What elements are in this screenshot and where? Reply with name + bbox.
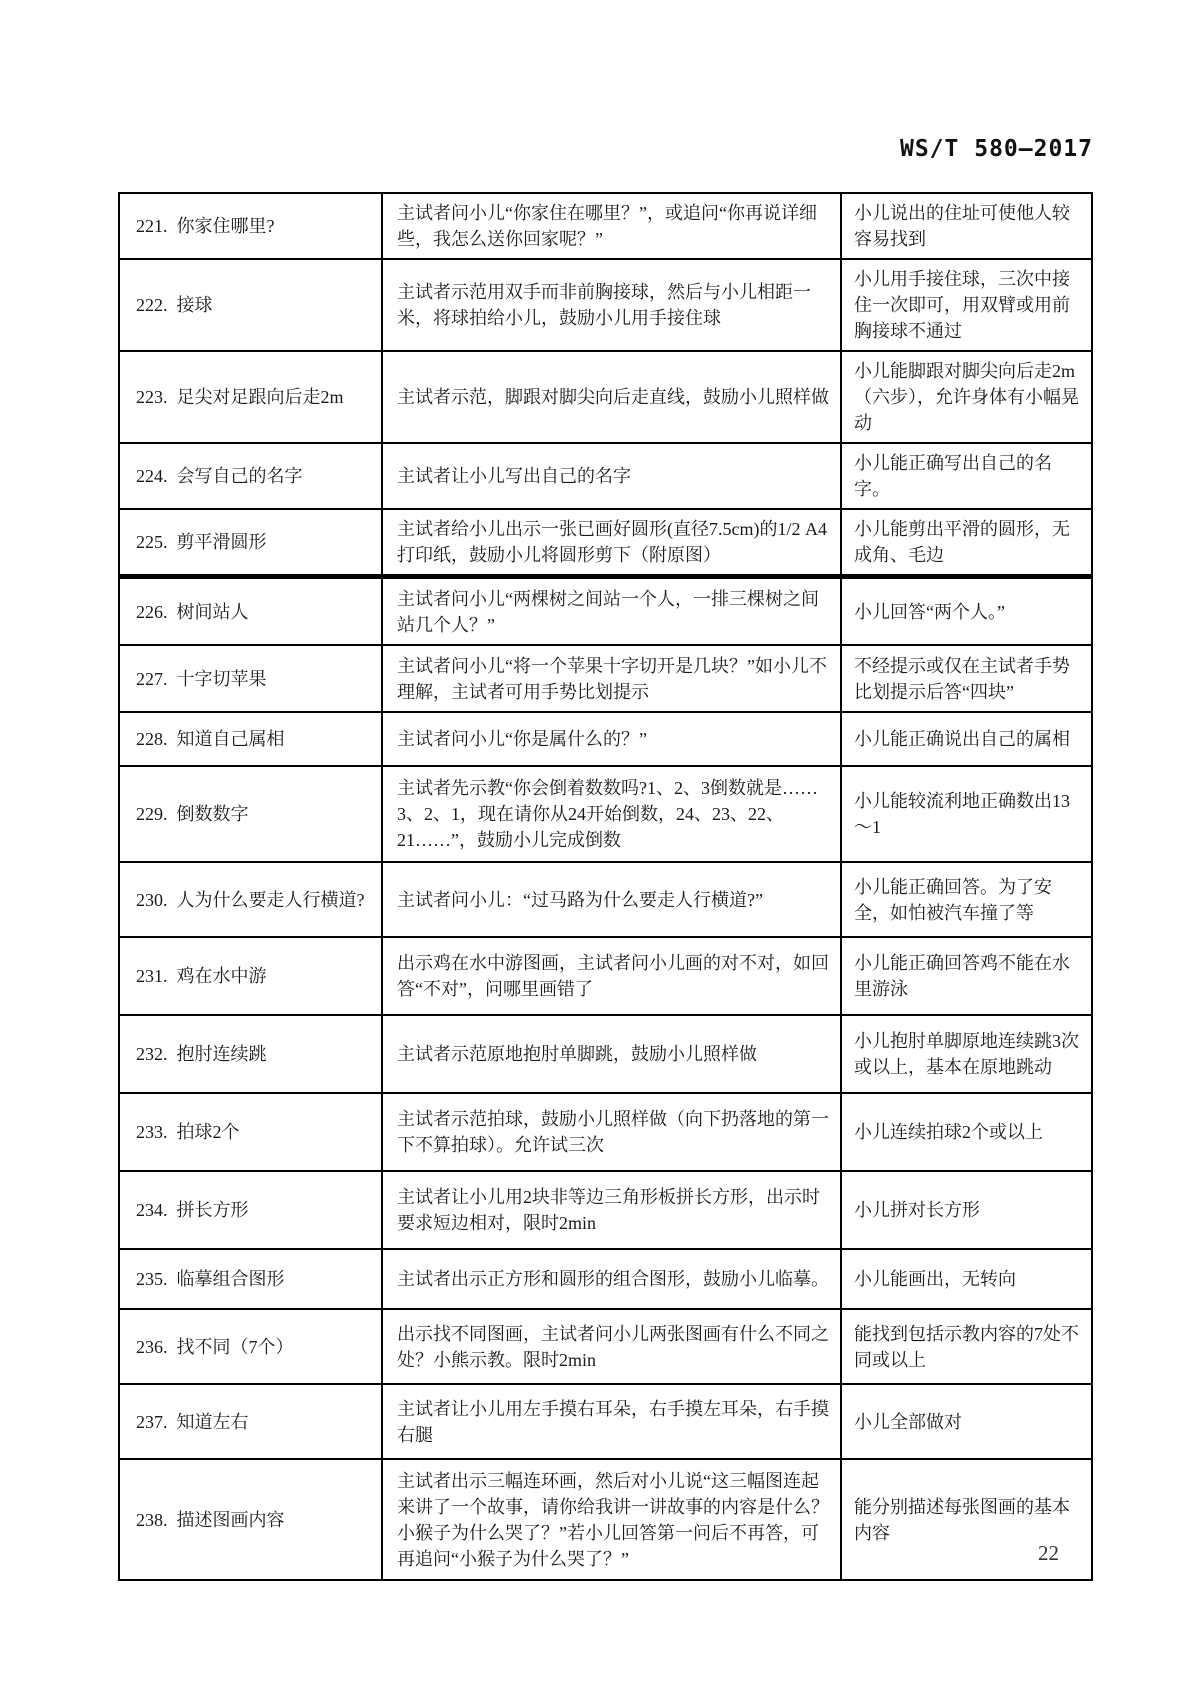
item-number: 236. bbox=[136, 1337, 168, 1357]
item-number: 223. bbox=[136, 387, 168, 407]
item-name-cell: 227.十字切苹果 bbox=[120, 646, 383, 711]
procedure-text: 主试者问小儿“将一个苹果十字切开是几块？”如小儿不理解，主试者可用手势比划提示 bbox=[397, 653, 830, 705]
item-name-cell: 221.你家住哪里? bbox=[120, 194, 383, 258]
procedure-cell: 主试者先示教“你会倒着数数吗?1、2、3倒数就是……3、2、1，现在请你从24开… bbox=[383, 767, 842, 861]
procedure-cell: 主试者问小儿“你家住在哪里？”，或追问“你再说详细些，我怎么送你回家呢？” bbox=[383, 194, 842, 258]
criteria-cell: 小儿用手接住球，三次中接住一次即可，用双臂或用前胸接球不通过 bbox=[842, 260, 1091, 350]
item-name: 找不同（7个） bbox=[177, 1337, 294, 1357]
item-name-cell: 238.描述图画内容 bbox=[120, 1460, 383, 1579]
table-row: 230.人为什么要走人行横道? 主试者问小儿：“过马路为什么要走人行横道?” 小… bbox=[120, 863, 1091, 938]
item-name-cell: 237.知道左右 bbox=[120, 1385, 383, 1458]
criteria-cell: 小儿连续拍球2个或以上 bbox=[842, 1094, 1091, 1170]
criteria-text: 能找到包括示教内容的7处不同或以上 bbox=[854, 1321, 1083, 1373]
criteria-cell: 小儿能正确回答。为了安全，如怕被汽车撞了等 bbox=[842, 863, 1091, 936]
table-row: 233.拍球2个 主试者示范拍球，鼓励小儿照样做（向下扔落地的第一下不算拍球）。… bbox=[120, 1094, 1091, 1172]
item-number: 222. bbox=[136, 295, 168, 315]
procedure-text: 主试者让小儿用左手摸右耳朵，右手摸左耳朵，右手摸右腿 bbox=[397, 1396, 830, 1448]
item-name: 会写自己的名字 bbox=[177, 466, 303, 486]
item-name-cell: 226.树间站人 bbox=[120, 579, 383, 644]
item-number: 233. bbox=[136, 1122, 168, 1142]
item-name-cell: 224.会写自己的名字 bbox=[120, 444, 383, 508]
procedure-text: 主试者示范拍球，鼓励小儿照样做（向下扔落地的第一下不算拍球）。允许试三次 bbox=[397, 1106, 830, 1158]
procedure-text: 主试者问小儿：“过马路为什么要走人行横道?” bbox=[397, 887, 763, 913]
criteria-text: 小儿能较流利地正确数出13～1 bbox=[854, 788, 1083, 840]
criteria-cell: 小儿能较流利地正确数出13～1 bbox=[842, 767, 1091, 861]
criteria-text: 小儿能脚跟对脚尖向后走2m（六步），允许身体有小幅晃动 bbox=[854, 358, 1083, 436]
criteria-text: 小儿说出的住址可使他人较容易找到 bbox=[854, 200, 1083, 252]
item-name: 树间站人 bbox=[177, 602, 249, 622]
item-name: 描述图画内容 bbox=[177, 1510, 285, 1530]
table-row: 228.知道自己属相 主试者问小儿“你是属什么的？” 小儿能正确说出自己的属相 bbox=[120, 713, 1091, 767]
procedure-cell: 主试者让小儿写出自己的名字 bbox=[383, 444, 842, 508]
criteria-text: 小儿连续拍球2个或以上 bbox=[854, 1119, 1043, 1145]
table-row: 231.鸡在水中游 出示鸡在水中游图画，主试者问小儿画的对不对，如回答“不对”，… bbox=[120, 938, 1091, 1016]
table-row: 232.抱肘连续跳 主试者示范原地抱肘单脚跳，鼓励小儿照样做 小儿抱肘单脚原地连… bbox=[120, 1016, 1091, 1094]
table-row: 237.知道左右 主试者让小儿用左手摸右耳朵，右手摸左耳朵，右手摸右腿 小儿全部… bbox=[120, 1385, 1091, 1460]
table-row: 234.拼长方形 主试者让小儿用2块非等边三角形板拼长方形，出示时要求短边相对，… bbox=[120, 1172, 1091, 1250]
procedure-text: 主试者示范原地抱肘单脚跳，鼓励小儿照样做 bbox=[397, 1041, 757, 1067]
procedure-text: 主试者给小儿出示一张已画好圆形(直径7.5cm)的1/2 A4打印纸，鼓励小儿将… bbox=[397, 516, 830, 568]
item-name: 鸡在水中游 bbox=[177, 966, 267, 986]
item-name: 知道自己属相 bbox=[177, 729, 285, 749]
procedure-cell: 主试者让小儿用左手摸右耳朵，右手摸左耳朵，右手摸右腿 bbox=[383, 1385, 842, 1458]
criteria-cell: 小儿能画出，无转向 bbox=[842, 1250, 1091, 1308]
procedure-cell: 主试者示范原地抱肘单脚跳，鼓励小儿照样做 bbox=[383, 1016, 842, 1092]
procedure-text: 主试者先示教“你会倒着数数吗?1、2、3倒数就是……3、2、1，现在请你从24开… bbox=[397, 775, 830, 853]
item-name-cell: 229.倒数数字 bbox=[120, 767, 383, 861]
item-number: 229. bbox=[136, 804, 168, 824]
criteria-cell: 小儿拼对长方形 bbox=[842, 1172, 1091, 1248]
criteria-cell: 小儿能正确回答鸡不能在水里游泳 bbox=[842, 938, 1091, 1014]
item-name: 临摹组合图形 bbox=[177, 1269, 285, 1289]
item-name-cell: 228.知道自己属相 bbox=[120, 713, 383, 765]
item-name-cell: 233.拍球2个 bbox=[120, 1094, 383, 1170]
item-number: 227. bbox=[136, 669, 168, 689]
criteria-text: 不经提示或仅在主试者手势比划提示后答“四块” bbox=[854, 653, 1083, 705]
assessment-table: 221.你家住哪里? 主试者问小儿“你家住在哪里？”，或追问“你再说详细些，我怎… bbox=[118, 192, 1093, 1581]
criteria-text: 小儿用手接住球，三次中接住一次即可，用双臂或用前胸接球不通过 bbox=[854, 266, 1083, 344]
item-name: 人为什么要走人行横道? bbox=[177, 890, 365, 910]
criteria-text: 小儿拼对长方形 bbox=[854, 1197, 980, 1223]
item-number: 231. bbox=[136, 966, 168, 986]
item-number: 234. bbox=[136, 1200, 168, 1220]
criteria-cell: 能找到包括示教内容的7处不同或以上 bbox=[842, 1310, 1091, 1383]
criteria-text: 小儿能正确回答。为了安全，如怕被汽车撞了等 bbox=[854, 874, 1083, 926]
procedure-cell: 主试者给小儿出示一张已画好圆形(直径7.5cm)的1/2 A4打印纸，鼓励小儿将… bbox=[383, 510, 842, 574]
criteria-cell: 小儿回答“两个人。” bbox=[842, 579, 1091, 644]
procedure-text: 主试者问小儿“你家住在哪里？”，或追问“你再说详细些，我怎么送你回家呢？” bbox=[397, 200, 830, 252]
criteria-cell: 小儿能正确写出自己的名字。 bbox=[842, 444, 1091, 508]
procedure-cell: 主试者示范拍球，鼓励小儿照样做（向下扔落地的第一下不算拍球）。允许试三次 bbox=[383, 1094, 842, 1170]
item-name: 抱肘连续跳 bbox=[177, 1044, 267, 1064]
procedure-cell: 主试者出示三幅连环画，然后对小儿说“这三幅图连起来讲了一个故事，请你给我讲一讲故… bbox=[383, 1460, 842, 1579]
criteria-cell: 小儿能脚跟对脚尖向后走2m（六步），允许身体有小幅晃动 bbox=[842, 352, 1091, 442]
procedure-text: 主试者出示正方形和圆形的组合图形，鼓励小儿临摹。 bbox=[397, 1266, 829, 1292]
table-row: 236.找不同（7个） 出示找不同图画，主试者问小儿两张图画有什么不同之处？小熊… bbox=[120, 1310, 1091, 1385]
item-name-cell: 235.临摹组合图形 bbox=[120, 1250, 383, 1308]
procedure-cell: 主试者问小儿“你是属什么的？” bbox=[383, 713, 842, 765]
item-number: 225. bbox=[136, 532, 168, 552]
item-number: 235. bbox=[136, 1269, 168, 1289]
procedure-text: 主试者示范用双手而非前胸接球，然后与小儿相距一米，将球拍给小儿，鼓励小儿用手接住… bbox=[397, 279, 830, 331]
table-row: 221.你家住哪里? 主试者问小儿“你家住在哪里？”，或追问“你再说详细些，我怎… bbox=[120, 194, 1091, 260]
item-number: 230. bbox=[136, 890, 168, 910]
criteria-cell: 不经提示或仅在主试者手势比划提示后答“四块” bbox=[842, 646, 1091, 711]
procedure-cell: 主试者示范，脚跟对脚尖向后走直线，鼓励小儿照样做 bbox=[383, 352, 842, 442]
item-name: 倒数数字 bbox=[177, 804, 249, 824]
criteria-text: 小儿回答“两个人。” bbox=[854, 599, 1005, 625]
item-number: 238. bbox=[136, 1510, 168, 1530]
criteria-cell: 小儿能正确说出自己的属相 bbox=[842, 713, 1091, 765]
procedure-text: 主试者出示三幅连环画，然后对小儿说“这三幅图连起来讲了一个故事，请你给我讲一讲故… bbox=[397, 1468, 830, 1572]
item-name: 足尖对足跟向后走2m bbox=[177, 387, 344, 407]
item-number: 221. bbox=[136, 216, 168, 236]
procedure-cell: 主试者示范用双手而非前胸接球，然后与小儿相距一米，将球拍给小儿，鼓励小儿用手接住… bbox=[383, 260, 842, 350]
procedure-cell: 主试者问小儿“两棵树之间站一个人，一排三棵树之间站几个人？” bbox=[383, 579, 842, 644]
criteria-text: 小儿能正确写出自己的名字。 bbox=[854, 450, 1083, 502]
item-number: 232. bbox=[136, 1044, 168, 1064]
table-row: 226.树间站人 主试者问小儿“两棵树之间站一个人，一排三棵树之间站几个人？” … bbox=[120, 579, 1091, 646]
item-name-cell: 230.人为什么要走人行横道? bbox=[120, 863, 383, 936]
procedure-cell: 主试者问小儿“将一个苹果十字切开是几块？”如小儿不理解，主试者可用手势比划提示 bbox=[383, 646, 842, 711]
procedure-cell: 主试者问小儿：“过马路为什么要走人行横道?” bbox=[383, 863, 842, 936]
procedure-cell: 出示找不同图画，主试者问小儿两张图画有什么不同之处？小熊示教。限时2min bbox=[383, 1310, 842, 1383]
procedure-text: 主试者问小儿“你是属什么的？” bbox=[397, 726, 647, 752]
table-row: 223.足尖对足跟向后走2m 主试者示范，脚跟对脚尖向后走直线，鼓励小儿照样做 … bbox=[120, 352, 1091, 444]
page-number: 22 bbox=[1038, 1541, 1059, 1566]
criteria-text: 小儿能画出，无转向 bbox=[854, 1266, 1016, 1292]
table-row: 227.十字切苹果 主试者问小儿“将一个苹果十字切开是几块？”如小儿不理解，主试… bbox=[120, 646, 1091, 713]
item-name-cell: 225.剪平滑圆形 bbox=[120, 510, 383, 574]
item-name: 拍球2个 bbox=[177, 1122, 240, 1142]
procedure-text: 主试者让小儿写出自己的名字 bbox=[397, 463, 631, 489]
item-name: 接球 bbox=[177, 295, 213, 315]
criteria-cell: 小儿抱肘单脚原地连续跳3次或以上，基本在原地跳动 bbox=[842, 1016, 1091, 1092]
item-number: 237. bbox=[136, 1412, 168, 1432]
item-name: 拼长方形 bbox=[177, 1200, 249, 1220]
table-row: 235.临摹组合图形 主试者出示正方形和圆形的组合图形，鼓励小儿临摹。 小儿能画… bbox=[120, 1250, 1091, 1310]
item-name-cell: 236.找不同（7个） bbox=[120, 1310, 383, 1383]
item-name-cell: 222.接球 bbox=[120, 260, 383, 350]
procedure-cell: 出示鸡在水中游图画，主试者问小儿画的对不对，如回答“不对”，问哪里画错了 bbox=[383, 938, 842, 1014]
criteria-text: 小儿能正确回答鸡不能在水里游泳 bbox=[854, 950, 1083, 1002]
criteria-text: 能分别描述每张图画的基本内容 bbox=[854, 1494, 1083, 1546]
item-name-cell: 232.抱肘连续跳 bbox=[120, 1016, 383, 1092]
criteria-cell: 小儿说出的住址可使他人较容易找到 bbox=[842, 194, 1091, 258]
procedure-text: 主试者让小儿用2块非等边三角形板拼长方形，出示时要求短边相对，限时2min bbox=[397, 1184, 830, 1236]
item-name: 你家住哪里? bbox=[177, 216, 275, 236]
procedure-text: 出示鸡在水中游图画，主试者问小儿画的对不对，如回答“不对”，问哪里画错了 bbox=[397, 950, 830, 1002]
item-number: 228. bbox=[136, 729, 168, 749]
procedure-text: 主试者问小儿“两棵树之间站一个人，一排三棵树之间站几个人？” bbox=[397, 586, 830, 638]
criteria-text: 小儿能剪出平滑的圆形，无成角、毛边 bbox=[854, 516, 1083, 568]
item-number: 226. bbox=[136, 602, 168, 622]
item-name-cell: 223.足尖对足跟向后走2m bbox=[120, 352, 383, 442]
item-name: 剪平滑圆形 bbox=[177, 532, 267, 552]
item-name-cell: 231.鸡在水中游 bbox=[120, 938, 383, 1014]
table-row: 222.接球 主试者示范用双手而非前胸接球，然后与小儿相距一米，将球拍给小儿，鼓… bbox=[120, 260, 1091, 352]
table-row: 238.描述图画内容 主试者出示三幅连环画，然后对小儿说“这三幅图连起来讲了一个… bbox=[120, 1460, 1091, 1579]
criteria-cell: 小儿全部做对 bbox=[842, 1385, 1091, 1458]
table-row: 224.会写自己的名字 主试者让小儿写出自己的名字 小儿能正确写出自己的名字。 bbox=[120, 444, 1091, 510]
item-name: 知道左右 bbox=[177, 1412, 249, 1432]
procedure-cell: 主试者让小儿用2块非等边三角形板拼长方形，出示时要求短边相对，限时2min bbox=[383, 1172, 842, 1248]
criteria-text: 小儿能正确说出自己的属相 bbox=[854, 726, 1070, 752]
criteria-text: 小儿全部做对 bbox=[854, 1409, 962, 1435]
criteria-text: 小儿抱肘单脚原地连续跳3次或以上，基本在原地跳动 bbox=[854, 1028, 1083, 1080]
item-name-cell: 234.拼长方形 bbox=[120, 1172, 383, 1248]
criteria-cell: 小儿能剪出平滑的圆形，无成角、毛边 bbox=[842, 510, 1091, 574]
document-code: WS/T 580—2017 bbox=[118, 136, 1093, 162]
procedure-cell: 主试者出示正方形和圆形的组合图形，鼓励小儿临摹。 bbox=[383, 1250, 842, 1308]
table-row: 225.剪平滑圆形 主试者给小儿出示一张已画好圆形(直径7.5cm)的1/2 A… bbox=[120, 510, 1091, 579]
item-name: 十字切苹果 bbox=[177, 669, 267, 689]
table-row: 229.倒数数字 主试者先示教“你会倒着数数吗?1、2、3倒数就是……3、2、1… bbox=[120, 767, 1091, 863]
item-number: 224. bbox=[136, 466, 168, 486]
procedure-text: 出示找不同图画，主试者问小儿两张图画有什么不同之处？小熊示教。限时2min bbox=[397, 1321, 830, 1373]
procedure-text: 主试者示范，脚跟对脚尖向后走直线，鼓励小儿照样做 bbox=[397, 384, 829, 410]
